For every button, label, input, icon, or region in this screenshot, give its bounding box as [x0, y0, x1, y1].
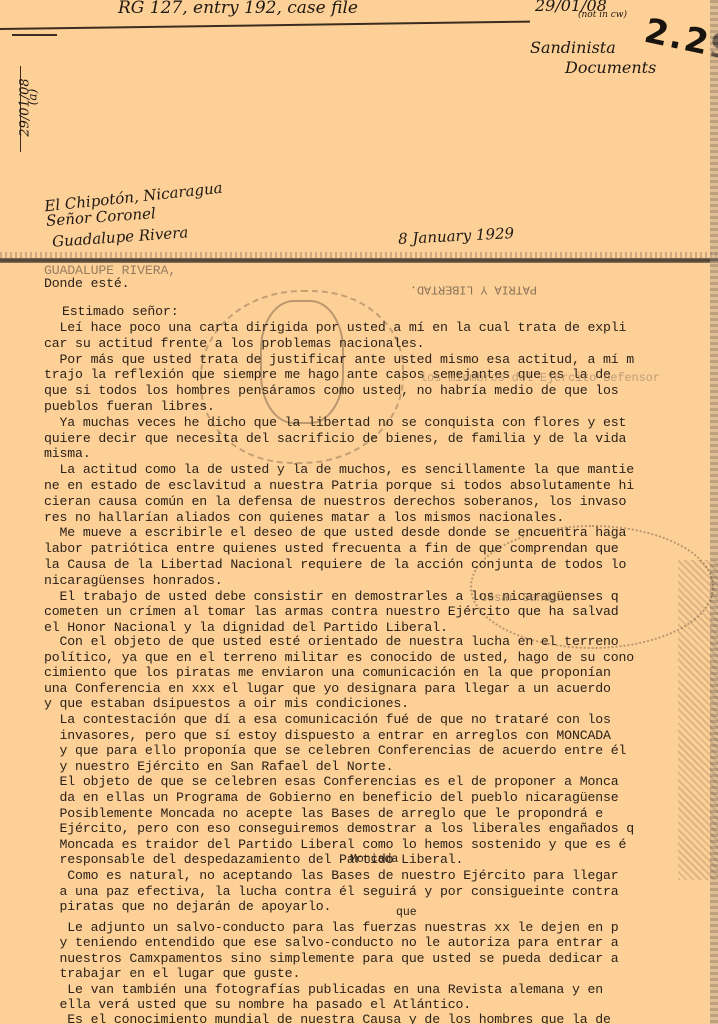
- letter-line: La contestación que dí a esa comunicació…: [44, 712, 611, 729]
- letter-line: y nuestro Ejército en San Rafael del Nor…: [44, 759, 393, 776]
- letter-line: misma.: [44, 446, 91, 463]
- letter-line: cieran causa común en la defensa de nues…: [44, 494, 626, 511]
- archive-reference: RG 127, entry 192, case file: [118, 0, 358, 18]
- letter-line: invasores, pero que sí estoy dispuesto a…: [44, 728, 611, 745]
- letter-line: Me mueve a escribirle el deseo de que us…: [44, 525, 626, 542]
- letter-line: Ya muchas veces he dicho que la libertad…: [44, 415, 626, 432]
- letter-line: Es el conocimiento mundial de nuestra Ca…: [44, 1012, 611, 1024]
- letter-line: trabajar en el lugar que guste.: [44, 966, 300, 983]
- letter-line: labor patriótica entre quienes usted fre…: [44, 541, 619, 558]
- letter-line: ella verá usted que su nombre ha pasado …: [44, 997, 471, 1014]
- letter-line: pueblos fueran libres.: [44, 399, 215, 416]
- salutation: Estimado señor:: [62, 304, 178, 321]
- letter-line: Leí hace poco una carta dirigida por ust…: [44, 320, 626, 337]
- letter-line: cimiento que los piratas me enviaron una…: [44, 665, 611, 682]
- letter-line: Moncada es traidor del Partido Liberal c…: [44, 837, 626, 854]
- margin-date: 29/01/08: [18, 78, 33, 136]
- letter-line: Le adjunto un salvo-conducto para las fu…: [44, 920, 619, 937]
- letter-line: nicaragüenses honrados.: [44, 573, 223, 590]
- insert-que: que: [396, 906, 417, 919]
- collection-label-line1: Sandinista: [530, 38, 616, 57]
- mirrored-motto: PATRIA Y LIBERTAD.: [410, 281, 537, 298]
- letter-line: y que para ello proponía que se celebren…: [44, 743, 626, 760]
- top-short-rule: [12, 34, 57, 36]
- letter-line: Le van también una fotografías publicada…: [44, 982, 603, 999]
- letter-line: político, ya que en el terreno militar e…: [44, 650, 634, 667]
- letter-line: Como es natural, no aceptando las Bases …: [44, 868, 619, 885]
- faint-signature: César Sandino.: [480, 590, 579, 607]
- handwritten-date: 8 January 1929: [398, 224, 515, 248]
- letter-location: Donde esté.: [44, 276, 129, 293]
- letter-line: El objeto de que se celebren esas Confer…: [44, 774, 619, 791]
- letter-line: res no hallarían aliados con quienes mat…: [44, 510, 564, 527]
- letter-line: Ejército, pero con eso conseguiremos dem…: [44, 821, 634, 838]
- letter-line: y teniendo entendido que ese salvo-condu…: [44, 935, 619, 952]
- archive-note: (not in cw): [578, 10, 627, 20]
- letter-line: una Conferencia en xxx el lugar que yo d…: [44, 681, 611, 698]
- letter-line: piratas que no dejarán de apoyarlo.: [44, 899, 331, 916]
- letter-line: da en ellas un Programa de Gobierno en b…: [44, 790, 619, 807]
- top-handwritten-rule: [0, 21, 530, 30]
- letter-line: La actitud como la de usted y la de much…: [44, 462, 634, 479]
- letter-line: ne en estado de esclavitud a nuestra Pat…: [44, 478, 634, 495]
- letter-line: la Causa de la Libertad Nacional requier…: [44, 557, 626, 574]
- letter-line: Posiblemente Moncada no acepte las Bases…: [44, 806, 603, 823]
- collection-label-line2: Documents: [565, 58, 656, 77]
- letter-line: quiere decir que necesita del sacrificio…: [44, 431, 626, 448]
- letter-line: y que estaban dsipuestos a oir mis condi…: [44, 696, 409, 713]
- letter-line: car su actitud frente a los problemas na…: [44, 336, 424, 353]
- bleed-through-text: los miembros del Ejército Defensor: [420, 370, 660, 387]
- letter-line: cometen un crímen al tomar las armas con…: [44, 604, 619, 621]
- margin-note: (a): [25, 89, 39, 106]
- letter-line: a una paz efectiva, la lucha contra él s…: [44, 884, 619, 901]
- letter-line: responsable del despedazamiento del Part…: [44, 852, 463, 869]
- letter-line: Por más que usted trata de justificar an…: [44, 352, 634, 369]
- letter-line: Con el objeto de que usted esté orientad…: [44, 634, 619, 651]
- document-page: RG 127, entry 192, case file 29/01/08 (n…: [0, 0, 718, 1024]
- insert-moncada: Moncada: [350, 853, 398, 866]
- letter-line: nuestros Camxpamentos sino simplemente p…: [44, 951, 619, 968]
